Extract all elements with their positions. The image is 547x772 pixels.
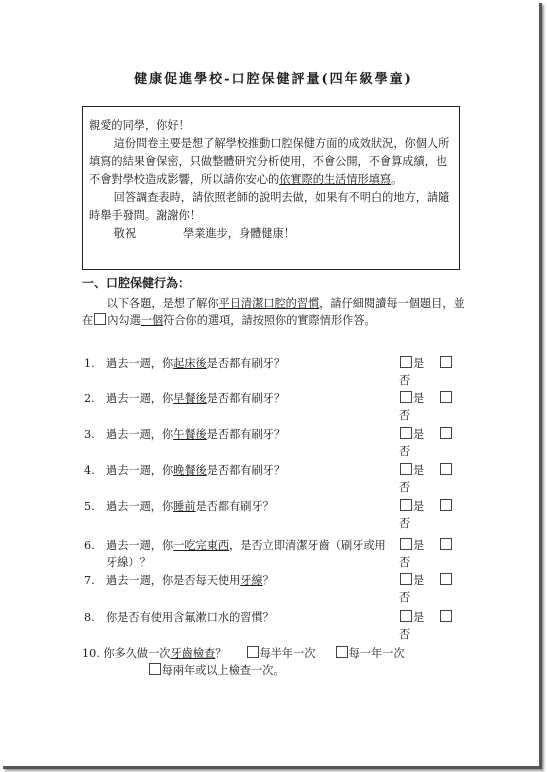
checkbox-no[interactable] bbox=[440, 427, 452, 439]
question-number: 7. bbox=[84, 572, 95, 589]
greeting: 親愛的同學，你好！ bbox=[89, 117, 453, 135]
option-yes-label: 是 bbox=[413, 500, 424, 513]
question-number: 8. bbox=[84, 609, 95, 626]
option-yes-label: 是 bbox=[413, 357, 424, 370]
option-no[interactable] bbox=[439, 462, 453, 479]
option-no[interactable] bbox=[439, 426, 453, 443]
question-text: 過去一週，你是否每天使用牙線？ bbox=[106, 572, 396, 589]
question-number: 2. bbox=[84, 390, 95, 407]
intro-text-end: 。 bbox=[391, 173, 402, 186]
intro-letter-box: 親愛的同學，你好！ 這份問卷主要是想了解學校推動口腔保健方面的成效狀況，你個人所… bbox=[82, 106, 460, 270]
option-yes[interactable]: 是 bbox=[399, 609, 424, 626]
option-yes-label: 是 bbox=[413, 611, 424, 624]
option-yes-label: 是 bbox=[413, 464, 424, 477]
option-no-label: 否 bbox=[399, 479, 410, 496]
question-text: 過去一週，你午餐後是否都有刷牙？ bbox=[106, 426, 396, 443]
option-no-label: 否 bbox=[399, 589, 410, 606]
question-number: 4. bbox=[84, 462, 95, 479]
intro-emphasis: 依實際的生活情形填寫 bbox=[279, 173, 391, 186]
question-text: 過去一週，你晚餐後是否都有刷牙？ bbox=[106, 462, 396, 479]
checkbox-no[interactable] bbox=[440, 391, 452, 403]
option-yes-label: 是 bbox=[413, 574, 424, 587]
closing-right: 學業進步，身體健康！ bbox=[183, 227, 295, 240]
question-number: 10. bbox=[82, 647, 100, 660]
option-yes[interactable]: 是 bbox=[399, 498, 424, 515]
option-yes-label: 是 bbox=[413, 539, 424, 552]
checkbox[interactable] bbox=[336, 646, 348, 658]
option-no-label: 否 bbox=[399, 515, 410, 532]
checkbox[interactable] bbox=[247, 646, 259, 658]
instr-text: 符合你的選項，請按照你的實際情形作答。 bbox=[163, 314, 376, 327]
question-text: 過去一週，你起床後是否都有刷牙？ bbox=[106, 355, 396, 372]
checkbox-no[interactable] bbox=[440, 538, 452, 550]
option-yes[interactable]: 是 bbox=[399, 537, 424, 554]
option-every-year[interactable]: 每一年一次 bbox=[335, 647, 405, 660]
checkbox-no[interactable] bbox=[440, 356, 452, 368]
intro-paragraph-2: 回答調查表時，請依照老師的說明去做，如果有不明白的地方，請隨時舉手發問。謝謝你！ bbox=[89, 189, 453, 225]
question-text: 過去一週，你早餐後是否都有刷牙？ bbox=[106, 390, 396, 407]
question-text: 你是否有使用含氟漱口水的習慣？ bbox=[106, 609, 396, 626]
option-no-label: 否 bbox=[399, 626, 410, 643]
checkbox-yes[interactable] bbox=[400, 573, 412, 585]
instr-emphasis-2: 一個 bbox=[141, 314, 163, 327]
option-yes[interactable]: 是 bbox=[399, 572, 424, 589]
instr-text: 內勾選 bbox=[107, 314, 141, 327]
checkbox-yes[interactable] bbox=[400, 391, 412, 403]
checkbox[interactable] bbox=[149, 663, 161, 675]
checkbox-no[interactable] bbox=[440, 610, 452, 622]
question-number: 6. bbox=[84, 537, 95, 554]
checkbox-yes[interactable] bbox=[400, 356, 412, 368]
checkbox-sample-icon bbox=[94, 313, 106, 325]
question-text: 你多久做一次牙齒檢查？ bbox=[103, 647, 226, 660]
checkbox-yes[interactable] bbox=[400, 610, 412, 622]
option-yes-label: 是 bbox=[413, 392, 424, 405]
checkbox-no[interactable] bbox=[440, 499, 452, 511]
question-number: 5. bbox=[84, 498, 95, 515]
option-every-two-years[interactable]: 每兩年或以上檢查一次。 bbox=[148, 664, 285, 677]
option-no[interactable] bbox=[439, 572, 453, 589]
question-text: 過去一週，你一吃完東西，是否立即清潔牙齒（刷牙或用牙線）？ bbox=[106, 537, 390, 571]
instr-text: 以下各題，是想了解你 bbox=[107, 297, 219, 310]
question-number: 3. bbox=[84, 426, 95, 443]
option-yes[interactable]: 是 bbox=[399, 390, 424, 407]
option-no[interactable] bbox=[439, 498, 453, 515]
checkbox-no[interactable] bbox=[440, 573, 452, 585]
checkbox-no[interactable] bbox=[440, 463, 452, 475]
closing-line: 敬祝學業進步，身體健康！ bbox=[89, 225, 453, 243]
option-no[interactable] bbox=[439, 355, 453, 372]
question-number: 1. bbox=[84, 355, 95, 372]
option-label: 每一年一次 bbox=[349, 647, 405, 660]
checkbox-yes[interactable] bbox=[400, 463, 412, 475]
section-instructions: 以下各題，是想了解你平日清潔口腔的習慣，請仔細閱讀每一個題目，並在內勾選一個符合… bbox=[82, 295, 472, 329]
option-no-label: 否 bbox=[399, 443, 410, 460]
option-no-label: 否 bbox=[399, 372, 410, 389]
question-10: 10. 你多久做一次牙齒檢查？ 每半年一次 每一年一次 每兩年或以上檢查一次。 bbox=[82, 645, 482, 679]
option-no[interactable] bbox=[439, 537, 453, 554]
section-title: 一、口腔保健行為： bbox=[82, 274, 190, 291]
intro-paragraph-1: 這份問卷主要是想了解學校推動口腔保健方面的成效狀況，你個人所填寫的結果會保密，只… bbox=[89, 135, 453, 189]
option-no[interactable] bbox=[439, 390, 453, 407]
option-yes[interactable]: 是 bbox=[399, 426, 424, 443]
checkbox-yes[interactable] bbox=[400, 499, 412, 511]
option-no-label: 否 bbox=[399, 554, 410, 571]
document-title: 健康促進學校-口腔保健評量(四年級學童) bbox=[0, 68, 547, 87]
option-no-label: 否 bbox=[399, 407, 410, 424]
option-yes[interactable]: 是 bbox=[399, 355, 424, 372]
question-text: 過去一週，你睡前是否都有刷牙？ bbox=[106, 498, 396, 515]
option-label: 每半年一次 bbox=[260, 647, 316, 660]
closing-left: 敬祝 bbox=[114, 227, 136, 240]
option-yes[interactable]: 是 bbox=[399, 462, 424, 479]
instr-emphasis-1: 平日清潔口腔的習慣 bbox=[219, 297, 320, 310]
document-page: 健康促進學校-口腔保健評量(四年級學童) 親愛的同學，你好！ 這份問卷主要是想了… bbox=[0, 0, 539, 766]
option-every-half-year[interactable]: 每半年一次 bbox=[246, 647, 316, 660]
checkbox-yes[interactable] bbox=[400, 538, 412, 550]
option-label: 每兩年或以上檢查一次。 bbox=[162, 664, 285, 677]
option-yes-label: 是 bbox=[413, 428, 424, 441]
option-no[interactable] bbox=[439, 609, 453, 626]
checkbox-yes[interactable] bbox=[400, 427, 412, 439]
